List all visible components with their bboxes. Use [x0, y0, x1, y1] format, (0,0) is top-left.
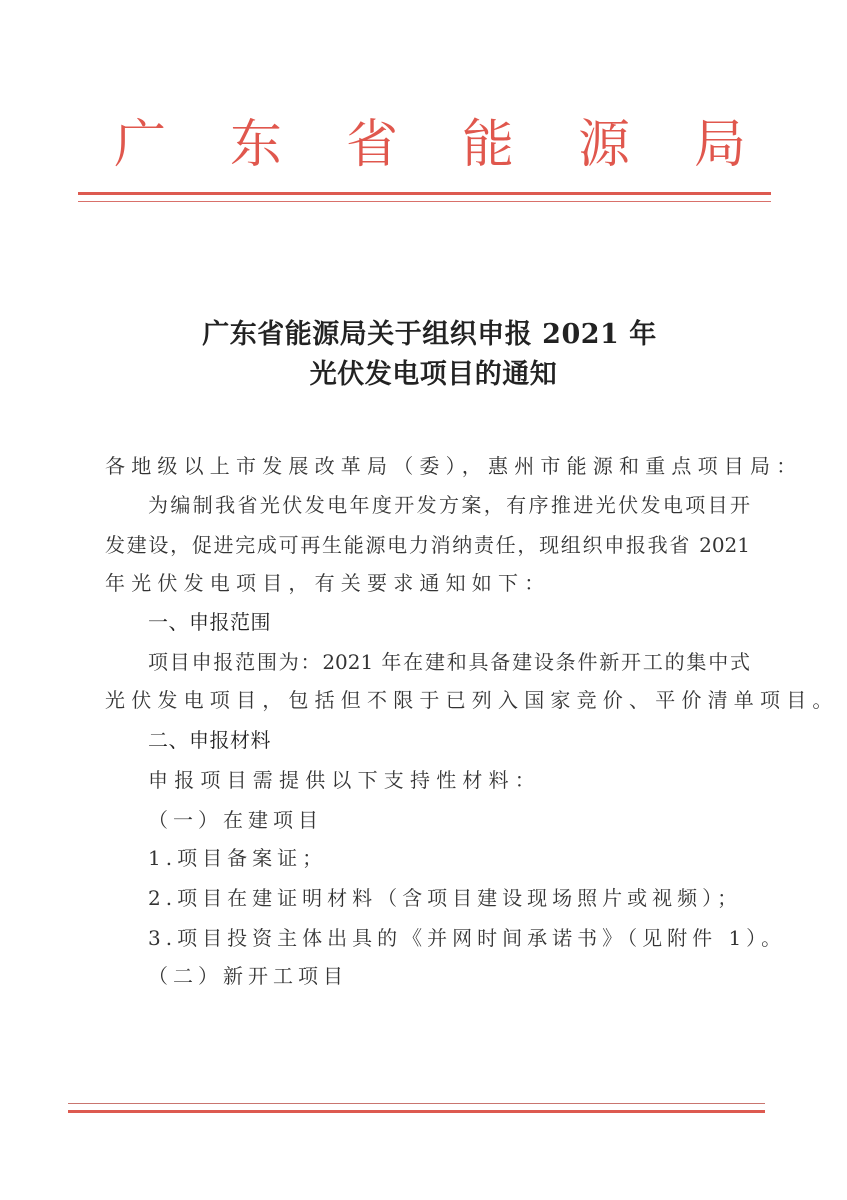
letterhead-char: 局: [690, 112, 750, 178]
letterhead-char: 源: [574, 112, 634, 178]
letterhead-char: 广: [110, 112, 170, 178]
salutation: 各地级以上市发展改革局（委），惠州市能源和重点项目局：: [105, 451, 750, 481]
footer-rule-thin: [68, 1103, 765, 1104]
intro-line-3: 年光伏发电项目，有关要求通知如下：: [105, 568, 750, 598]
section-1-line-2: 光伏发电项目，包括但不限于已列入国家竞价、平价清单项目。: [105, 685, 750, 715]
letterhead-char: 省: [342, 112, 402, 178]
section-1-heading: 一、申报范围: [148, 607, 793, 637]
document-title-line-2: 光伏发电项目的通知: [0, 352, 847, 391]
letterhead-char: 能: [458, 112, 518, 178]
letterhead-char: 东: [226, 112, 286, 178]
header-rule-thin: [78, 201, 771, 202]
intro-line-2: 发建设，促进完成可再生能源电力消纳责任，现组织申报我省 2021: [105, 530, 750, 560]
document-title-line-1: 广东省能源局关于组织申报 2021 年: [0, 312, 847, 351]
section-1-line-1: 项目申报范围为：2021 年在建和具备建设条件新开工的集中式: [148, 647, 750, 677]
letterhead-title: 广 东 省 能 源 局: [110, 112, 750, 178]
footer-rule-thick: [68, 1110, 765, 1113]
section-2-heading: 二、申报材料: [148, 725, 793, 755]
header-rule-thick: [78, 192, 771, 195]
list-item-3: 3.项目投资主体出具的《并网时间承诺书》（见附件 1）。: [148, 923, 793, 953]
list-item-1: 1.项目备案证；: [148, 843, 793, 873]
section-2-intro: 申报项目需提供以下支持性材料：: [148, 765, 793, 795]
document-page: 广 东 省 能 源 局 广东省能源局关于组织申报 2021 年 光伏发电项目的通…: [0, 0, 847, 1200]
intro-line-1: 为编制我省光伏发电年度开发方案，有序推进光伏发电项目开: [148, 490, 750, 520]
list-item-2: 2.项目在建证明材料（含项目建设现场照片或视频）；: [148, 883, 793, 913]
subsection-1-heading: （一）在建项目: [148, 805, 793, 835]
subsection-2-heading: （二）新开工项目: [148, 961, 793, 991]
